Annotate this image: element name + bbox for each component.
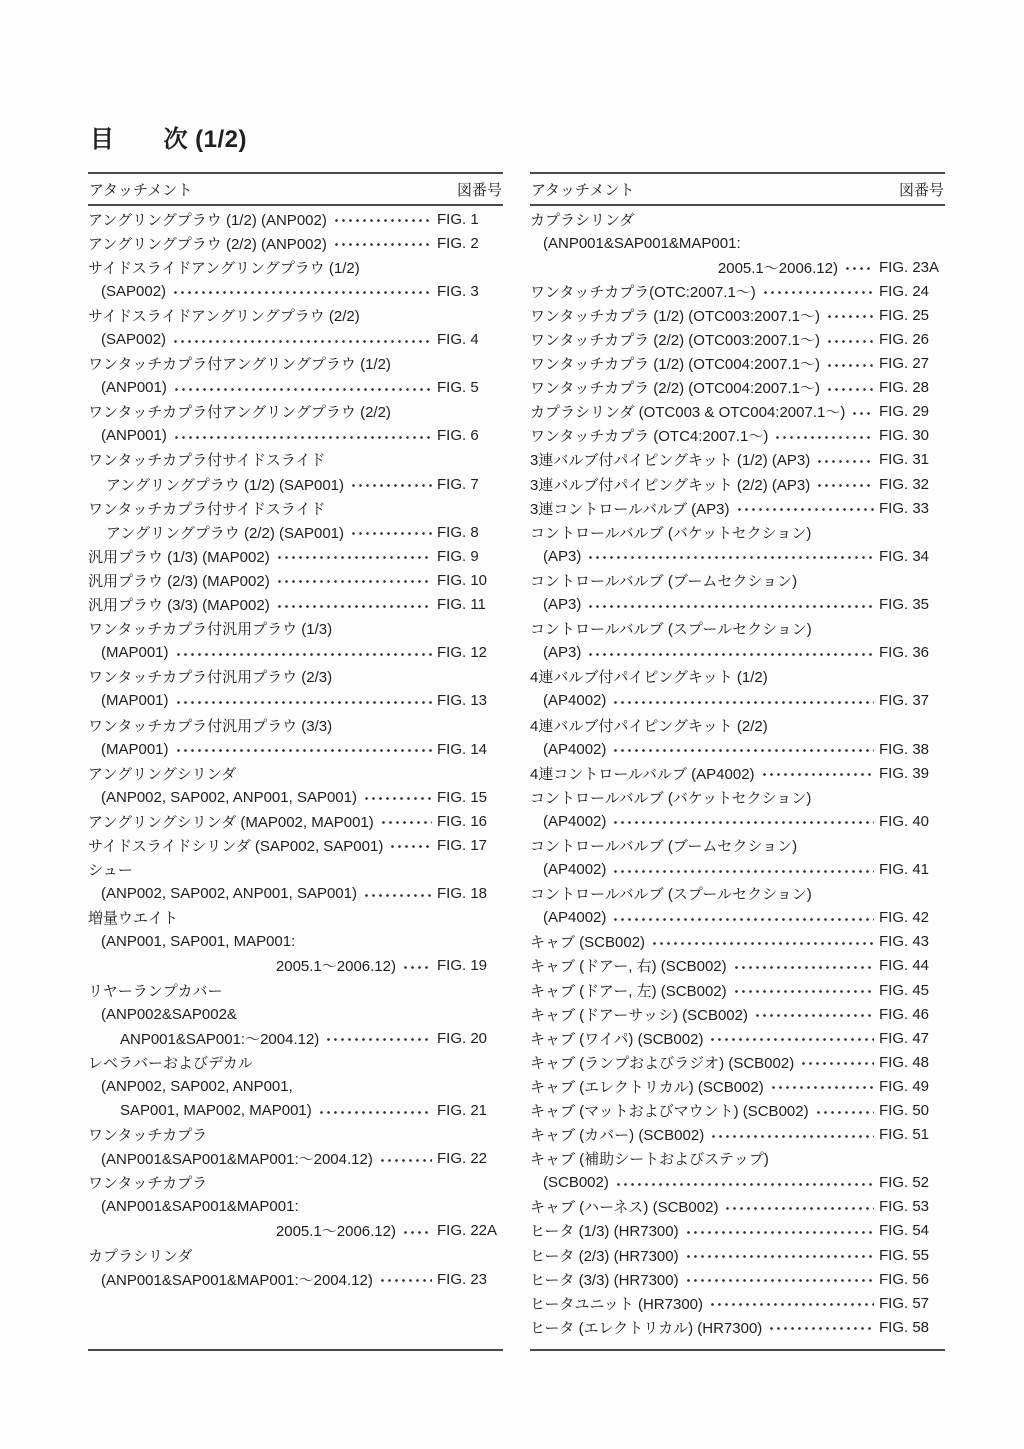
toc-entry-text: リヤーランプカバー xyxy=(88,980,223,1001)
dot-leader xyxy=(175,699,432,706)
toc-entry-text: ワンタッチカプラ(OTC:2007.1～) xyxy=(530,281,756,302)
figure-number: FIG. 31 xyxy=(879,451,945,468)
toc-entry-text: ヒータ (2/3) (HR7300) xyxy=(530,1245,679,1266)
toc-entry-text: 4連バルブ付パイピングキット (1/2) xyxy=(530,666,768,687)
toc-entry-line: (AP3)FIG. 36 xyxy=(530,641,945,665)
toc-entry-text: (AP4002) xyxy=(530,692,606,709)
figure-number: FIG. 1 xyxy=(437,211,503,228)
toc-entry-line: ワンタッチカプラ付サイドスライド xyxy=(88,448,503,472)
dot-leader xyxy=(768,1325,874,1332)
figure-number: FIG. 45 xyxy=(879,982,945,999)
dot-leader xyxy=(826,313,874,320)
toc-entry-line: アングリングプラウ (1/2) (SAP001)FIG. 7 xyxy=(88,472,503,496)
toc-entry-text: (ANP001, SAP001, MAP001: xyxy=(88,933,295,950)
figure-number: FIG. 36 xyxy=(879,644,945,661)
toc-entry-text: (ANP002, SAP002, ANP001, SAP001) xyxy=(88,885,357,902)
toc-entry-text: (ANP001&SAP001&MAP001: xyxy=(88,1198,299,1215)
toc-entry-text: キャブ (SCB002) xyxy=(530,931,645,952)
figure-number: FIG. 41 xyxy=(879,861,945,878)
toc-entry-text: (ANP002&SAP002& xyxy=(88,1006,237,1023)
dot-leader xyxy=(816,458,874,465)
figure-number: FIG. 42 xyxy=(879,909,945,926)
toc-entry-text: 4連バルブ付パイピングキット (2/2) xyxy=(530,715,768,736)
toc-entry-text: (AP3) xyxy=(530,596,581,613)
toc-entry-line: 2005.1～2006.12)FIG. 22A xyxy=(88,1219,503,1243)
figure-number: FIG. 27 xyxy=(879,355,945,372)
toc-entry-line: コントロールバルブ (バケットセクション) xyxy=(530,785,945,809)
toc-entry-line: (ANP002, SAP002, ANP001, xyxy=(88,1074,503,1098)
toc-entry-text: コントロールバルブ (ブームセクション) xyxy=(530,570,797,591)
toc-entry-text: 汎用プラウ (2/3) (MAP002) xyxy=(88,570,270,591)
figure-number: FIG. 54 xyxy=(879,1222,945,1239)
toc-entry-text: シュー xyxy=(88,859,133,880)
figure-number: FIG. 32 xyxy=(879,476,945,493)
column-header: アタッチメント 図番号 xyxy=(530,172,945,206)
figure-number: FIG. 25 xyxy=(879,307,945,324)
toc-entry-text: 2005.1～2006.12) xyxy=(718,257,838,278)
toc-entry-line: (ANP001&SAP001&MAP001: xyxy=(530,231,945,255)
figure-number: FIG. 11 xyxy=(437,596,503,613)
dot-leader xyxy=(733,988,874,995)
toc-entry-text: (ANP001) xyxy=(88,427,167,444)
dot-leader xyxy=(276,603,432,610)
dot-leader xyxy=(276,578,432,585)
dot-leader xyxy=(826,338,874,345)
toc-entry-line: ANP001&SAP001:～2004.12)FIG. 20 xyxy=(88,1026,503,1050)
figure-number: FIG. 13 xyxy=(437,692,503,709)
toc-entry-line: 汎用プラウ (3/3) (MAP002)FIG. 11 xyxy=(88,593,503,617)
dot-leader xyxy=(379,1277,432,1284)
figure-number: FIG. 50 xyxy=(879,1102,945,1119)
toc-entry-line: (ANP001&SAP001&MAP001: xyxy=(88,1195,503,1219)
toc-entry-line: キャブ (エレクトリカル) (SCB002)FIG. 49 xyxy=(530,1074,945,1098)
dot-leader xyxy=(754,1012,874,1019)
figure-number: FIG. 8 xyxy=(437,524,503,541)
toc-entry-line: サイドスライドアングリングプラウ (2/2) xyxy=(88,303,503,327)
toc-entry-line: (AP4002)FIG. 38 xyxy=(530,737,945,761)
dot-leader xyxy=(774,434,874,441)
toc-entry-text: ヒータユニット (HR7300) xyxy=(530,1293,703,1314)
dot-leader xyxy=(333,241,432,248)
toc-entry-text: コントロールバルブ (バケットセクション) xyxy=(530,787,811,808)
dot-leader xyxy=(612,747,874,754)
toc-entry-text: サイドスライドアングリングプラウ (2/2) xyxy=(88,305,360,326)
column-header: アタッチメント 図番号 xyxy=(88,172,503,206)
toc-entry-text: ANP001&SAP001:～2004.12) xyxy=(88,1028,319,1049)
toc-entry-line: アングリングプラウ (2/2) (ANP002)FIG. 2 xyxy=(88,231,503,255)
figure-number: FIG. 43 xyxy=(879,933,945,950)
figure-number: FIG. 23A xyxy=(879,259,945,276)
toc-entry-text: ワンタッチカプラ付アングリングプラウ (2/2) xyxy=(88,401,391,422)
toc-entry-line: コントロールバルブ (バケットセクション) xyxy=(530,520,945,544)
figure-number: FIG. 34 xyxy=(879,548,945,565)
toc-entry-line: (MAP001)FIG. 14 xyxy=(88,737,503,761)
toc-entry-line: ワンタッチカプラ(OTC:2007.1～)FIG. 24 xyxy=(530,279,945,303)
toc-entry-text: カプラシリンダ (OTC003 & OTC004:2007.1～) xyxy=(530,401,845,422)
toc-entry-line: アングリングシリンダ (MAP002, MAP001)FIG. 16 xyxy=(88,809,503,833)
figure-number: FIG. 55 xyxy=(879,1247,945,1264)
toc-entry-text: キャブ (エレクトリカル) (SCB002) xyxy=(530,1076,764,1097)
dot-leader xyxy=(612,819,874,826)
toc-entry-text: ワンタッチカプラ (1/2) (OTC003:2007.1～) xyxy=(530,305,820,326)
dot-leader xyxy=(685,1229,874,1236)
toc-entry-text: ワンタッチカプラ付汎用プラウ (3/3) xyxy=(88,715,332,736)
dot-leader xyxy=(318,1109,432,1116)
figure-number: FIG. 26 xyxy=(879,331,945,348)
figure-number: FIG. 23 xyxy=(437,1271,503,1288)
toc-entry-text: コントロールバルブ (バケットセクション) xyxy=(530,522,811,543)
toc-entry-line: 2005.1～2006.12)FIG. 23A xyxy=(530,255,945,279)
dot-leader xyxy=(363,795,432,802)
toc-entry-text: キャブ (ドアー, 右) (SCB002) xyxy=(530,955,727,976)
dot-leader xyxy=(761,771,874,778)
figure-number: FIG. 18 xyxy=(437,885,503,902)
toc-entry-text: キャブ (補助シートおよびステップ) xyxy=(530,1148,769,1169)
page-title: 目 次 (1/2) xyxy=(90,119,247,154)
toc-entry-text: (AP4002) xyxy=(530,741,606,758)
toc-entry-text: (AP4002) xyxy=(530,909,606,926)
toc-entry-line: ワンタッチカプラ付アングリングプラウ (2/2) xyxy=(88,400,503,424)
toc-entry-text: 4連コントロールバルブ (AP4002) xyxy=(530,763,755,784)
toc-entry-text: アングリングプラウ (2/2) (ANP002) xyxy=(88,233,327,254)
dot-leader xyxy=(826,386,874,393)
toc-entry-line: 2005.1～2006.12)FIG. 19 xyxy=(88,954,503,978)
toc-entry-text: (AP3) xyxy=(530,644,581,661)
toc-entry-line: カプラシリンダ xyxy=(88,1243,503,1267)
dot-leader xyxy=(612,699,874,706)
toc-entry-text: レベラバーおよびデカル xyxy=(88,1052,253,1073)
toc-entry-line: (SAP002)FIG. 4 xyxy=(88,327,503,351)
dot-leader xyxy=(350,482,432,489)
toc-entry-line: コントロールバルブ (スプールセクション) xyxy=(530,617,945,641)
toc-entry-line: キャブ (補助シートおよびステップ) xyxy=(530,1147,945,1171)
dot-leader xyxy=(350,530,432,537)
toc-entry-text: キャブ (ランプおよびラジオ) (SCB002) xyxy=(530,1052,794,1073)
toc-entry-line: SAP001, MAP002, MAP001)FIG. 21 xyxy=(88,1098,503,1122)
figure-number: FIG. 28 xyxy=(879,379,945,396)
toc-entry-line: コントロールバルブ (ブームセクション) xyxy=(530,568,945,592)
figure-number: FIG. 16 xyxy=(437,813,503,830)
toc-entry-line: (ANP002, SAP002, ANP001, SAP001)FIG. 15 xyxy=(88,785,503,809)
figure-number: FIG. 52 xyxy=(879,1174,945,1191)
toc-entry-text: アングリングシリンダ xyxy=(88,763,236,784)
toc-entry-line: ワンタッチカプラ付汎用プラウ (2/3) xyxy=(88,665,503,689)
toc-entry-list: アングリングプラウ (1/2) (ANP002)FIG. 1アングリングプラウ … xyxy=(88,206,503,1291)
dot-leader xyxy=(380,819,432,826)
dot-leader xyxy=(173,386,432,393)
figure-number: FIG. 51 xyxy=(879,1126,945,1143)
toc-columns: アタッチメント 図番号 アングリングプラウ (1/2) (ANP002)FIG.… xyxy=(88,172,945,1351)
toc-entry-line: (ANP001)FIG. 5 xyxy=(88,376,503,400)
figure-number: FIG. 4 xyxy=(437,331,503,348)
dot-leader xyxy=(325,1036,432,1043)
toc-entry-line: ヒータ (エレクトリカル) (HR7300)FIG. 58 xyxy=(530,1315,945,1339)
figure-number: FIG. 24 xyxy=(879,283,945,300)
toc-entry-line: カプラシリンダ xyxy=(530,207,945,231)
toc-entry-text: ヒータ (1/3) (HR7300) xyxy=(530,1220,679,1241)
toc-entry-text: コントロールバルブ (スプールセクション) xyxy=(530,618,812,639)
dot-leader xyxy=(333,217,432,224)
toc-entry-text: サイドスライドアングリングプラウ (1/2) xyxy=(88,257,360,278)
dot-leader xyxy=(816,482,874,489)
toc-entry-text: ワンタッチカプラ付アングリングプラウ (1/2) xyxy=(88,353,391,374)
toc-entry-text: アングリングプラウ (1/2) (SAP001) xyxy=(88,474,344,495)
dot-leader xyxy=(172,338,432,345)
toc-entry-line: (MAP001)FIG. 12 xyxy=(88,641,503,665)
toc-entry-text: (AP4002) xyxy=(530,861,606,878)
toc-entry-text: SAP001, MAP002, MAP001) xyxy=(88,1102,312,1119)
toc-entry-line: ワンタッチカプラ付サイドスライド xyxy=(88,496,503,520)
figure-number: FIG. 3 xyxy=(437,283,503,300)
toc-entry-text: ワンタッチカプラ (1/2) (OTC004:2007.1～) xyxy=(530,353,820,374)
toc-entry-line: シュー xyxy=(88,858,503,882)
toc-entry-text: (SAP002) xyxy=(88,283,166,300)
toc-entry-line: カプラシリンダ (OTC003 & OTC004:2007.1～)FIG. 29 xyxy=(530,400,945,424)
column-header-figure-number: 図番号 xyxy=(457,179,502,200)
toc-entry-line: キャブ (カバー) (SCB002)FIG. 51 xyxy=(530,1123,945,1147)
figure-number: FIG. 47 xyxy=(879,1030,945,1047)
dot-leader xyxy=(389,843,432,850)
dot-leader xyxy=(175,651,432,658)
toc-entry-line: キャブ (ドアー, 右) (SCB002)FIG. 44 xyxy=(530,954,945,978)
toc-entry-text: (ANP002, SAP002, ANP001, xyxy=(88,1078,293,1095)
toc-entry-line: 3連バルブ付パイピングキット (1/2) (AP3)FIG. 31 xyxy=(530,448,945,472)
toc-entry-text: (ANP001&SAP001&MAP001:～2004.12) xyxy=(88,1269,373,1290)
toc-entry-line: (ANP001, SAP001, MAP001: xyxy=(88,930,503,954)
toc-entry-line: 汎用プラウ (2/3) (MAP002)FIG. 10 xyxy=(88,568,503,592)
toc-entry-text: (MAP001) xyxy=(88,692,169,709)
toc-entry-line: (SAP002)FIG. 3 xyxy=(88,279,503,303)
dot-leader xyxy=(612,868,874,875)
figure-number: FIG. 19 xyxy=(437,957,503,974)
figure-number: FIG. 7 xyxy=(437,476,503,493)
toc-entry-text: キャブ (マットおよびマウント) (SCB002) xyxy=(530,1100,809,1121)
toc-entry-line: コントロールバルブ (スプールセクション) xyxy=(530,882,945,906)
figure-number: FIG. 2 xyxy=(437,235,503,252)
toc-entry-text: (MAP001) xyxy=(88,741,169,758)
dot-leader xyxy=(173,434,432,441)
toc-entry-list: カプラシリンダ(ANP001&SAP001&MAP001:2005.1～2006… xyxy=(530,206,945,1339)
toc-entry-text: アングリングシリンダ (MAP002, MAP001) xyxy=(88,811,374,832)
toc-entry-text: ワンタッチカプラ付汎用プラウ (2/3) xyxy=(88,666,332,687)
dot-leader xyxy=(800,1060,874,1067)
toc-entry-line: ヒータ (3/3) (HR7300)FIG. 56 xyxy=(530,1267,945,1291)
toc-entry-line: レベラバーおよびデカル xyxy=(88,1050,503,1074)
toc-entry-line: キャブ (ランプおよびラジオ) (SCB002)FIG. 48 xyxy=(530,1050,945,1074)
toc-entry-line: 汎用プラウ (1/3) (MAP002)FIG. 9 xyxy=(88,544,503,568)
figure-number: FIG. 56 xyxy=(879,1271,945,1288)
dot-leader xyxy=(276,554,432,561)
toc-entry-text: 汎用プラウ (3/3) (MAP002) xyxy=(88,594,270,615)
figure-number: FIG. 14 xyxy=(437,741,503,758)
toc-entry-line: アングリングプラウ (2/2) (SAP001)FIG. 8 xyxy=(88,520,503,544)
figure-number: FIG. 15 xyxy=(437,789,503,806)
toc-entry-line: 3連コントロールバルブ (AP3)FIG. 33 xyxy=(530,496,945,520)
toc-entry-text: 汎用プラウ (1/3) (MAP002) xyxy=(88,546,270,567)
figure-number: FIG. 12 xyxy=(437,644,503,661)
toc-entry-line: ワンタッチカプラ xyxy=(88,1171,503,1195)
toc-entry-text: キャブ (カバー) (SCB002) xyxy=(530,1124,704,1145)
toc-entry-text: (AP3) xyxy=(530,548,581,565)
toc-entry-text: (SCB002) xyxy=(530,1174,609,1191)
figure-number: FIG. 57 xyxy=(879,1295,945,1312)
toc-entry-text: 2005.1～2006.12) xyxy=(276,955,396,976)
toc-entry-text: (ANP001&SAP001&MAP001: xyxy=(530,235,741,252)
toc-entry-text: サイドスライドシリンダ (SAP002, SAP001) xyxy=(88,835,383,856)
toc-entry-line: (AP4002)FIG. 40 xyxy=(530,809,945,833)
figure-number: FIG. 10 xyxy=(437,572,503,589)
toc-entry-line: (AP4002)FIG. 42 xyxy=(530,906,945,930)
dot-leader xyxy=(175,747,432,754)
figure-number: FIG. 30 xyxy=(879,427,945,444)
figure-number: FIG. 35 xyxy=(879,596,945,613)
toc-entry-line: サイドスライドアングリングプラウ (1/2) xyxy=(88,255,503,279)
toc-entry-line: アングリングシリンダ xyxy=(88,761,503,785)
toc-entry-text: アングリングプラウ (1/2) (ANP002) xyxy=(88,209,327,230)
figure-number: FIG. 5 xyxy=(437,379,503,396)
dot-leader xyxy=(709,1036,874,1043)
toc-entry-line: ワンタッチカプラ付汎用プラウ (1/3) xyxy=(88,617,503,641)
toc-entry-text: コントロールバルブ (スプールセクション) xyxy=(530,883,812,904)
toc-entry-text: (ANP001) xyxy=(88,379,167,396)
toc-entry-text: アングリングプラウ (2/2) (SAP001) xyxy=(88,522,344,543)
dot-leader xyxy=(363,892,432,899)
figure-number: FIG. 33 xyxy=(879,500,945,517)
toc-entry-line: (AP4002)FIG. 41 xyxy=(530,858,945,882)
toc-entry-text: 3連コントロールバルブ (AP3) xyxy=(530,498,730,519)
toc-entry-text: コントロールバルブ (ブームセクション) xyxy=(530,835,797,856)
column-header-figure-number: 図番号 xyxy=(899,179,944,200)
toc-entry-text: キャブ (ワイパ) (SCB002) xyxy=(530,1028,703,1049)
toc-entry-text: ワンタッチカプラ付汎用プラウ (1/3) xyxy=(88,618,332,639)
toc-entry-line: ヒータ (2/3) (HR7300)FIG. 55 xyxy=(530,1243,945,1267)
toc-entry-text: (ANP002, SAP002, ANP001, SAP001) xyxy=(88,789,357,806)
toc-entry-line: ワンタッチカプラ (1/2) (OTC003:2007.1～)FIG. 25 xyxy=(530,303,945,327)
toc-entry-text: カプラシリンダ xyxy=(88,1245,192,1266)
toc-entry-line: キャブ (ハーネス) (SCB002)FIG. 53 xyxy=(530,1195,945,1219)
toc-entry-text: ワンタッチカプラ (2/2) (OTC004:2007.1～) xyxy=(530,377,820,398)
toc-entry-text: ヒータ (エレクトリカル) (HR7300) xyxy=(530,1317,762,1338)
dot-leader xyxy=(587,651,874,658)
dot-leader xyxy=(379,1157,432,1164)
toc-entry-line: ワンタッチカプラ (2/2) (OTC004:2007.1～)FIG. 28 xyxy=(530,376,945,400)
figure-number: FIG. 9 xyxy=(437,548,503,565)
figure-number: FIG. 49 xyxy=(879,1078,945,1095)
figure-number: FIG. 37 xyxy=(879,692,945,709)
figure-number: FIG. 20 xyxy=(437,1030,503,1047)
figure-number: FIG. 58 xyxy=(879,1319,945,1336)
toc-entry-line: (SCB002)FIG. 52 xyxy=(530,1171,945,1195)
toc-entry-line: キャブ (ワイパ) (SCB002)FIG. 47 xyxy=(530,1026,945,1050)
dot-leader xyxy=(815,1109,874,1116)
toc-entry-line: ワンタッチカプラ (2/2) (OTC003:2007.1～)FIG. 26 xyxy=(530,327,945,351)
dot-leader xyxy=(733,964,874,971)
toc-entry-line: キャブ (ドアー, 左) (SCB002)FIG. 45 xyxy=(530,978,945,1002)
toc-entry-text: キャブ (ハーネス) (SCB002) xyxy=(530,1196,718,1217)
toc-entry-line: (AP4002)FIG. 37 xyxy=(530,689,945,713)
dot-leader xyxy=(651,940,874,947)
toc-column-right: アタッチメント 図番号 カプラシリンダ(ANP001&SAP001&MAP001… xyxy=(530,172,945,1351)
figure-number: FIG. 29 xyxy=(879,403,945,420)
toc-entry-line: サイドスライドシリンダ (SAP002, SAP001)FIG. 17 xyxy=(88,833,503,857)
figure-number: FIG. 48 xyxy=(879,1054,945,1071)
toc-column-left: アタッチメント 図番号 アングリングプラウ (1/2) (ANP002)FIG.… xyxy=(88,172,503,1351)
toc-entry-text: カプラシリンダ xyxy=(530,209,634,230)
dot-leader xyxy=(709,1301,874,1308)
dot-leader xyxy=(844,265,874,272)
toc-entry-line: ヒータユニット (HR7300)FIG. 57 xyxy=(530,1291,945,1315)
toc-entry-line: 4連バルブ付パイピングキット (1/2) xyxy=(530,665,945,689)
toc-entry-text: キャブ (ドアーサッシ) (SCB002) xyxy=(530,1004,748,1025)
toc-entry-text: ワンタッチカプラ (OTC4:2007.1～) xyxy=(530,425,768,446)
toc-entry-line: ワンタッチカプラ付汎用プラウ (3/3) xyxy=(88,713,503,737)
toc-entry-line: ワンタッチカプラ (1/2) (OTC004:2007.1～)FIG. 27 xyxy=(530,352,945,376)
toc-entry-text: 2005.1～2006.12) xyxy=(276,1220,396,1241)
dot-leader xyxy=(736,506,874,513)
figure-number: FIG. 21 xyxy=(437,1102,503,1119)
figure-number: FIG. 40 xyxy=(879,813,945,830)
toc-entry-line: 4連コントロールバルブ (AP4002)FIG. 39 xyxy=(530,761,945,785)
toc-entry-text: ワンタッチカプラ xyxy=(88,1124,207,1145)
figure-number: FIG. 6 xyxy=(437,427,503,444)
dot-leader xyxy=(826,362,874,369)
toc-entry-line: アングリングプラウ (1/2) (ANP002)FIG. 1 xyxy=(88,207,503,231)
toc-entry-text: 増量ウエイト xyxy=(88,907,178,928)
toc-entry-text: ワンタッチカプラ付サイドスライド xyxy=(88,498,325,519)
toc-entry-line: キャブ (ドアーサッシ) (SCB002)FIG. 46 xyxy=(530,1002,945,1026)
dot-leader xyxy=(615,1181,874,1188)
toc-entry-text: (ANP001&SAP001&MAP001:～2004.12) xyxy=(88,1148,373,1169)
figure-number: FIG. 22A xyxy=(437,1222,503,1239)
dot-leader xyxy=(710,1133,874,1140)
toc-entry-text: (MAP001) xyxy=(88,644,169,661)
toc-entry-text: ヒータ (3/3) (HR7300) xyxy=(530,1269,679,1290)
toc-entry-line: (ANP001&SAP001&MAP001:～2004.12)FIG. 23 xyxy=(88,1267,503,1291)
figure-number: FIG. 44 xyxy=(879,957,945,974)
figure-number: FIG. 39 xyxy=(879,765,945,782)
toc-entry-line: (MAP001)FIG. 13 xyxy=(88,689,503,713)
toc-entry-line: (ANP002, SAP002, ANP001, SAP001)FIG. 18 xyxy=(88,882,503,906)
toc-entry-line: (ANP001&SAP001&MAP001:～2004.12)FIG. 22 xyxy=(88,1147,503,1171)
toc-entry-text: ワンタッチカプラ xyxy=(88,1172,207,1193)
dot-leader xyxy=(685,1277,874,1284)
dot-leader xyxy=(724,1205,874,1212)
dot-leader xyxy=(851,410,874,417)
toc-entry-text: 3連バルブ付パイピングキット (1/2) (AP3) xyxy=(530,449,810,470)
toc-entry-line: (ANP002&SAP002& xyxy=(88,1002,503,1026)
toc-entry-line: 増量ウエイト xyxy=(88,906,503,930)
dot-leader xyxy=(685,1253,874,1260)
dot-leader xyxy=(762,289,874,296)
toc-entry-line: キャブ (SCB002)FIG. 43 xyxy=(530,930,945,954)
figure-number: FIG. 38 xyxy=(879,741,945,758)
toc-entry-line: (ANP001)FIG. 6 xyxy=(88,424,503,448)
figure-number: FIG. 53 xyxy=(879,1198,945,1215)
column-header-attachment: アタッチメント xyxy=(531,179,634,200)
toc-entry-line: コントロールバルブ (ブームセクション) xyxy=(530,833,945,857)
toc-entry-text: 3連バルブ付パイピングキット (2/2) (AP3) xyxy=(530,474,810,495)
dot-leader xyxy=(402,964,432,971)
toc-entry-line: ワンタッチカプラ (OTC4:2007.1～)FIG. 30 xyxy=(530,424,945,448)
toc-entry-text: キャブ (ドアー, 左) (SCB002) xyxy=(530,980,727,1001)
figure-number: FIG. 22 xyxy=(437,1150,503,1167)
figure-number: FIG. 46 xyxy=(879,1006,945,1023)
toc-entry-line: ワンタッチカプラ xyxy=(88,1123,503,1147)
dot-leader xyxy=(587,554,874,561)
dot-leader xyxy=(402,1229,432,1236)
dot-leader xyxy=(587,603,874,610)
column-header-attachment: アタッチメント xyxy=(89,179,192,200)
